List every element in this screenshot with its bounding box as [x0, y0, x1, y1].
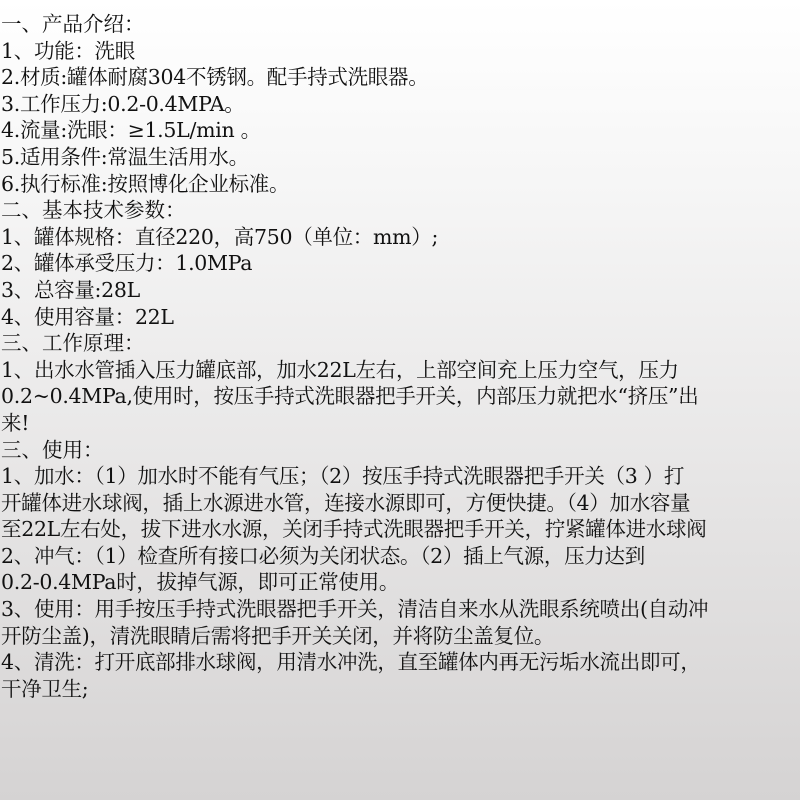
param-line-tank-pressure: 2、罐体承受压力：1.0MPa	[0, 250, 800, 277]
principle-line: 0.2~0.4MPa,使用时，按压手持式洗眼器把手开关，内部压力就把水“挤压”出	[0, 383, 800, 410]
section-heading-usage: 三、使用：	[0, 437, 800, 464]
section-heading-technical-params: 二、基本技术参数：	[0, 197, 800, 224]
usage-line: 1、加水：（1）加水时不能有气压；（2）按压手持式洗眼器把手开关（3 ）打	[0, 463, 800, 490]
section-heading-product-intro: 一、产品介绍：	[0, 11, 800, 38]
usage-line: 开罐体进水球阀，插上水源进水管，连接水源即可，方便快捷。（4）加水容量	[0, 490, 800, 517]
usage-line: 2、冲气：（1）检查所有接口必须为关闭状态。（2）插上气源，压力达到	[0, 543, 800, 570]
param-line-tank-size: 1、罐体规格：直径220，高750（单位：mm）;	[0, 224, 800, 251]
usage-line: 3、使用：用手按压手持式洗眼器把手开关，清洁自来水从洗眼系统喷出(自动冲	[0, 596, 800, 623]
usage-line: 4、清洗：打开底部排水球阀，用清水冲洗，直至罐体内再无污垢水流出即可，	[0, 649, 800, 676]
principle-line: 1、出水水管插入压力罐底部，加水22L左右，上部空间充上压力空气，压力	[0, 357, 800, 384]
spec-line-material: 2.材质:罐体耐腐304不锈钢。配手持式洗眼器。	[0, 64, 800, 91]
param-line-usable-capacity: 4、使用容量：22L	[0, 304, 800, 331]
spec-line-conditions: 5.适用条件:常温生活用水。	[0, 144, 800, 171]
product-document: 一、产品介绍： 1、功能：洗眼 2.材质:罐体耐腐304不锈钢。配手持式洗眼器。…	[0, 11, 800, 702]
principle-line: 来!	[0, 410, 800, 437]
spec-line-working-pressure: 3.工作压力:0.2-0.4MPA。	[0, 91, 800, 118]
usage-line: 开防尘盖)，清洗眼睛后需将把手开关关闭，并将防尘盖复位。	[0, 623, 800, 650]
section-heading-working-principle: 三、工作原理：	[0, 330, 800, 357]
spec-line-standard: 6.执行标准:按照博化企业标准。	[0, 171, 800, 198]
spec-line-function: 1、功能：洗眼	[0, 38, 800, 65]
spec-line-flow-rate: 4.流量:洗眼：≥1.5L/min 。	[0, 117, 800, 144]
usage-line: 0.2-0.4MPa时，拔掉气源，即可正常使用。	[0, 569, 800, 596]
usage-line: 干净卫生;	[0, 676, 800, 703]
param-line-total-capacity: 3、总容量:28L	[0, 277, 800, 304]
usage-line: 至22L左右处，拔下进水水源，关闭手持式洗眼器把手开关，拧紧罐体进水球阀	[0, 516, 800, 543]
